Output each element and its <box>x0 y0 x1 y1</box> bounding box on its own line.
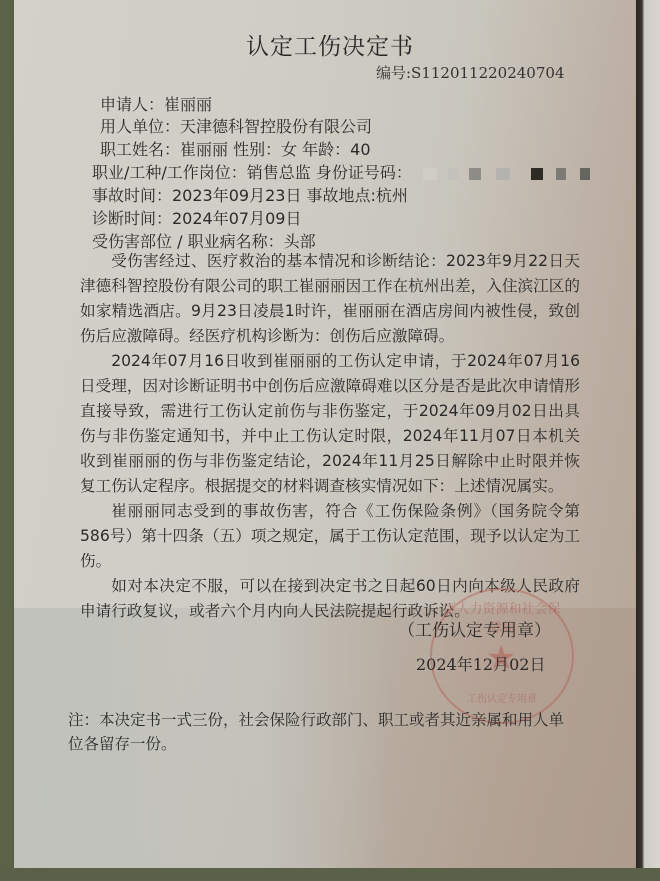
document-number: 编号:S112011220240704 <box>376 62 564 83</box>
id-number-redacted <box>417 163 590 182</box>
body-paragraphs: 受伤害经过、医疗救治的基本情况和诊断结论：2023年9月22日天津德科智控股份有… <box>80 249 580 624</box>
occupation-field: 职业/工种/工作岗位：销售总监 身份证号码： <box>92 163 412 182</box>
stamp-date: 2024年12月02日 <box>416 652 545 675</box>
occupation-row: 职业/工种/工作岗位：销售总监 身份证号码： <box>92 160 590 183</box>
employer-field: 用人单位：天津德科智控股份有限公司 <box>100 114 372 137</box>
diagnosis-time-field: 诊断时间：2024年07月09日 <box>92 206 301 229</box>
paragraph-procedure: 2024年07月16日收到崔丽丽的工伤认定申请，于2024年07月16日受理，因… <box>80 349 580 499</box>
applicant-field: 申请人：崔丽丽 <box>100 92 212 115</box>
accident-field: 事故时间：2023年09月23日 事故地点:杭州 <box>92 183 408 206</box>
stamp-label: （工伤认定专用章） <box>398 616 551 641</box>
footnote: 注：本决定书一式三份，社会保险行政部门、职工或者其近亲属和用人单位各留存一份。 <box>68 708 568 756</box>
seal-bottom-text: 工伤认定专用章 <box>452 690 552 705</box>
employee-field: 职工姓名：崔丽丽 性别：女 年龄：40 <box>100 137 371 160</box>
document-title: 认定工伤决定书 <box>0 28 660 61</box>
paragraph-determination: 崔丽丽同志受到的事故伤害，符合《工伤保险条例》（国务院令第586号）第十四条（五… <box>80 499 580 574</box>
paragraph-injury-details: 受伤害经过、医疗救治的基本情况和诊断结论：2023年9月22日天津德科智控股份有… <box>80 249 580 349</box>
decision-document: 认定工伤决定书 编号:S112011220240704 申请人：崔丽丽 用人单位… <box>0 0 660 881</box>
